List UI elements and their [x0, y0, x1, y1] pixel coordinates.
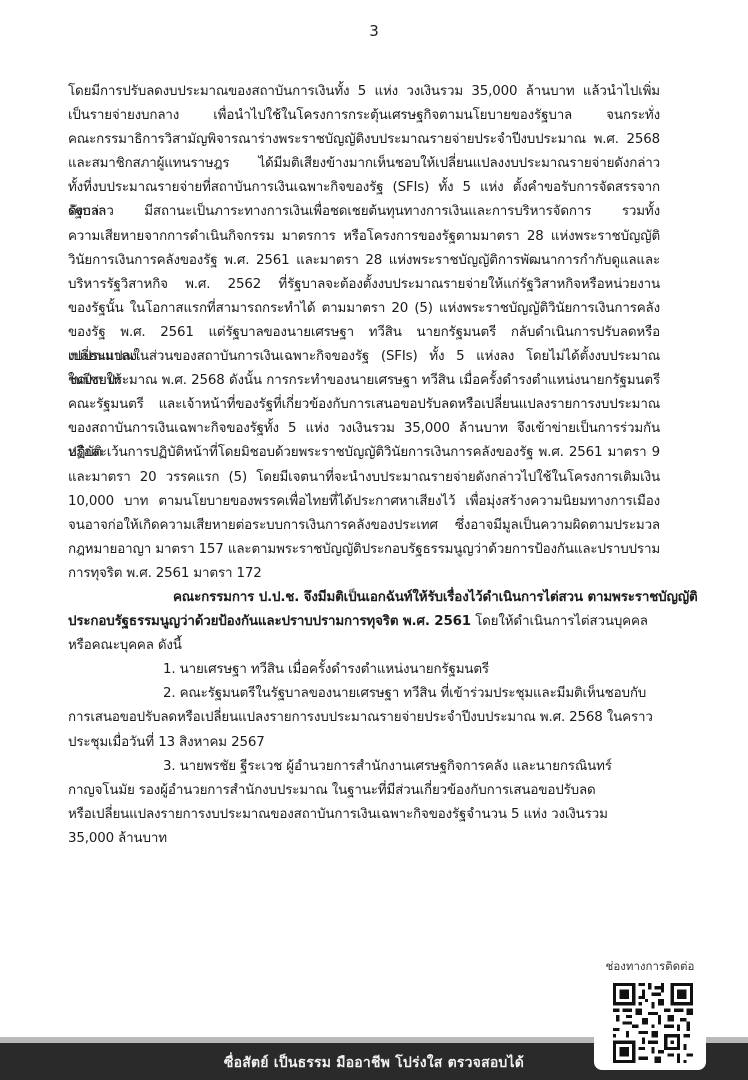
- text-line: วินัยการเงินการคลังของรัฐ พ.ศ. 2561 และม…: [68, 249, 660, 273]
- text-line: ประกอบรัฐธรรมนูญว่าด้วยป้องกันและปราบปรา…: [68, 610, 660, 634]
- text-line: ทั้งที่งบประมาณรายจ่ายที่สถาบันการเงินเฉ…: [68, 176, 660, 200]
- document-body: โดยมีการปรับลดงบประมาณของสถาบันการเงินทั…: [68, 80, 660, 851]
- text-line: งบประมาณในส่วนของสถาบันการเงินเฉพาะกิจขอ…: [68, 345, 660, 369]
- list-item-text: 35,000 ล้านบาท: [68, 827, 660, 851]
- list-item-text: หรือเปลี่ยนแปลงรายการงบประมาณของสถาบันกา…: [68, 803, 660, 827]
- text-line: คณะกรรมาธิการวิสามัญพิจารณาร่างพระราชบัญ…: [68, 128, 660, 152]
- list-item-text: ประชุมเมื่อวันที่ 13 สิงหาคม 2567: [68, 731, 660, 755]
- page-number: 3: [0, 22, 748, 40]
- text-line: กฎหมายอาญา มาตรา 157 และตามพระราชบัญญัติ…: [68, 538, 660, 562]
- list-item-text: กาญจโนมัย รองผู้อำนวยการสำนักงบประมาณ ใน…: [68, 779, 660, 803]
- resolution-act-name: ประกอบรัฐธรรมนูญว่าด้วยป้องกันและปราบปรา…: [68, 614, 471, 629]
- text-line: โดยมีการปรับลดงบประมาณของสถาบันการเงินทั…: [68, 80, 660, 104]
- list-item-text: 2. คณะรัฐมนตรีในรัฐบาลของนายเศรษฐา ทวีสิ…: [68, 682, 660, 706]
- contact-label: ช่องทางการติดต่อ: [594, 958, 706, 976]
- text-line: หรือละเว้นการปฏิบัติหน้าที่โดยมิชอบด้วยพ…: [68, 441, 660, 465]
- qr-code-icon[interactable]: [613, 983, 693, 1063]
- paragraph-allegation: โดยมีการปรับลดงบประมาณของสถาบันการเงินทั…: [68, 80, 660, 586]
- text-line: ความเสียหายจากการดำเนินกิจกรรม มาตรการ ห…: [68, 225, 660, 249]
- list-item: 3. นายพรชัย ฐีระเวช ผู้อำนวยการสำนักงานเ…: [68, 755, 660, 851]
- respondent-list: 1. นายเศรษฐา ทวีสิน เมื่อครั้งดำรงตำแหน่…: [68, 658, 660, 851]
- text-line: ของรัฐนั้น ในโอกาสแรกที่สามารถกระทำได้ ต…: [68, 297, 660, 321]
- text-line: หรือคณะบุคคล ดังนี้: [68, 634, 660, 658]
- text-line: ของรัฐ พ.ศ. 2561 แต่รัฐบาลของนายเศรษฐา ท…: [68, 321, 660, 345]
- resolution-instruction: โดยให้ดำเนินการไต่สวนบุคคล: [471, 614, 648, 629]
- text-line: บริหารรัฐวิสาหกิจ พ.ศ. 2562 ที่รัฐบาลจะต…: [68, 273, 660, 297]
- list-item-text: 3. นายพรชัย ฐีระเวช ผู้อำนวยการสำนักงานเ…: [68, 755, 660, 779]
- text-line: และสมาชิกสภาผู้แทนราษฎร ได้มีมติเสียงข้า…: [68, 152, 660, 176]
- text-line: 10,000 บาท ตามนโยบายของพรรคเพื่อไทยที่ได…: [68, 490, 660, 514]
- list-item: 1. นายเศรษฐา ทวีสิน เมื่อครั้งดำรงตำแหน่…: [68, 658, 660, 682]
- resolution-paragraph: คณะกรรมการ ป.ป.ช. จึงมีมติเป็นเอกฉันท์ให…: [68, 586, 660, 658]
- text-line: คณะรัฐมนตรี และเจ้าหน้าที่ของรัฐที่เกี่ย…: [68, 393, 660, 417]
- text-line: ในปีงบประมาณ พ.ศ. 2568 ดังนั้น การกระทำข…: [68, 369, 660, 393]
- text-line: ของสถาบันการเงินเฉพาะกิจของรัฐทั้ง 5 แห่…: [68, 417, 660, 441]
- text-line: การทุจริต พ.ศ. 2561 มาตรา 172: [68, 562, 660, 586]
- list-item-text: 1. นายเศรษฐา ทวีสิน เมื่อครั้งดำรงตำแหน่…: [68, 658, 660, 682]
- list-item: 2. คณะรัฐมนตรีในรัฐบาลของนายเศรษฐา ทวีสิ…: [68, 682, 660, 754]
- list-item-text: การเสนอขอปรับลดหรือเปลี่ยนแปลงรายการงบปร…: [68, 706, 660, 730]
- text-line: และมาตรา 20 วรรคแรก (5) โดยมีเจตนาที่จะน…: [68, 466, 660, 490]
- text-line: จนอาจก่อให้เกิดความเสียหายต่อระบบการเงิน…: [68, 514, 660, 538]
- text-line: ดังกล่าว มีสถานะเป็นภาระทางการเงินเพื่อช…: [68, 200, 660, 224]
- text-line: เป็นรายจ่ายงบกลาง เพื่อนำไปใช้ในโครงการก…: [68, 104, 660, 128]
- contact-qr-card: ช่องทางการติดต่อ: [594, 958, 706, 1070]
- resolution-heading: คณะกรรมการ ป.ป.ช. จึงมีมติเป็นเอกฉันท์ให…: [68, 586, 660, 610]
